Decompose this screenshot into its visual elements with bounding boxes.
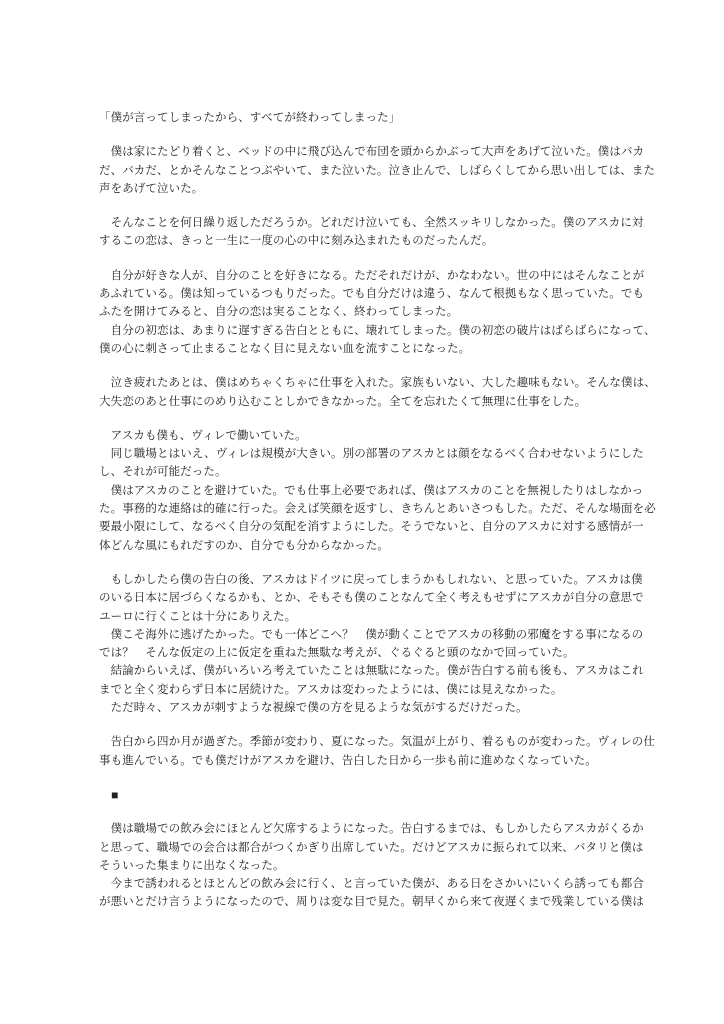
text-line: 声をあげて泣いた。 [99,180,631,198]
text-line: 僕はアスカのことを避けていた。でも仕事上必要であれば、僕はアスカのことを無視した… [99,482,631,500]
text-line: 同じ職場とはいえ、ヴィレは規模が大きい。別の部署のアスカとは顔をなるべく合わせな… [99,445,631,463]
paragraph: もしかしたら僕の告白の後、アスカはドイツに戻ってしまうかもしれない、と思っていた… [99,571,631,717]
text-line: ただ時々、アスカが刺すような視線で僕の方を見るような気がするだけだった。 [99,699,631,717]
text-line: 今まで誘われるとほとんどの飲み会に行く、と言っていた僕が、ある日をさかいにいくら… [99,875,631,893]
text-line: そんなことを何日繰り返しただろうか。どれだけ泣いても、全然スッキリしなかった。僕… [99,214,631,232]
text-line: までと全く変わらず日本に居続けた。アスカは変わったようには、僕には見えなかった。 [99,681,631,699]
paragraph: 泣き疲れたあとは、僕はめちゃくちゃに仕事を入れた。家族もいない、大した趣味もない… [99,374,631,411]
text-line: ユーロに行くことは十分にありえた。 [99,608,631,626]
text-line: 「僕が言ってしまったから、すべてが終わってしまった」 [99,109,631,127]
quote-line: 「僕が言ってしまったから、すべてが終わってしまった」 [99,109,631,127]
text-line: 泣き疲れたあとは、僕はめちゃくちゃに仕事を入れた。家族もいない、大した趣味もない… [99,374,631,392]
text-line: 結論からいえば、僕がいろいろ考えていたことは無駄になった。僕が告白する前も後も、… [99,662,631,680]
text-line: 要最小限にして、なるべく自分の気配を消すようにした。そうでないと、自分のアスカに… [99,518,631,536]
text-line: 僕の心に刺さって止まることなく目に見えない血を流すことになった。 [99,340,631,358]
document-page: 「僕が言ってしまったから、すべてが終わってしまった」 僕は家にたどり着くと、ベッ… [0,0,724,1024]
text-line: 僕は職場での飲み会にほとんど欠席するようになった。告白するまでは、もしかしたらア… [99,820,631,838]
text-line: するこの恋は、きっと一生に一度の心の中に刻み込まれたものだったんだ。 [99,232,631,250]
text-line: 僕は家にたどり着くと、ベッドの中に飛び込んで布団を頭からかぶって大声をあげて泣い… [99,143,631,161]
paragraph: アスカも僕も、ヴィレで働いていた。 同じ職場とはいえ、ヴィレは規模が大きい。別の… [99,427,631,555]
section-marker: ■ [99,786,631,804]
text-line: 体どんな風にもれだすのか、自分でも分からなかった。 [99,537,631,555]
text-line: 告白から四か月が過ぎた。季節が変わり、夏になった。気温が上がり、着るものが変わっ… [99,733,631,751]
text-line: では？ そんな仮定の上に仮定を重ねた無駄な考えが、ぐるぐると頭のなかで回っていた… [99,644,631,662]
paragraph: 告白から四か月が過ぎた。季節が変わり、夏になった。気温が上がり、着るものが変わっ… [99,733,631,770]
paragraph: 自分が好きな人が、自分のことを好きになる。ただそれだけが、かなわない。世の中には… [99,267,631,358]
text-line: のいる日本に居づらくなるかも、とか、そもそも僕のことなんて全く考えもせずにアスカ… [99,589,631,607]
text-line: 僕こそ海外に逃げたかった。でも一体どこへ？ 僕が動くことでアスカの移動の邪魔をす… [99,626,631,644]
text-line: もしかしたら僕の告白の後、アスカはドイツに戻ってしまうかもしれない、と思っていた… [99,571,631,589]
paragraph: 僕は職場での飲み会にほとんど欠席するようになった。告白するまでは、もしかしたらア… [99,820,631,911]
text-column: 「僕が言ってしまったから、すべてが終わってしまった」 僕は家にたどり着くと、ベッ… [99,109,631,912]
text-line: 自分が好きな人が、自分のことを好きになる。ただそれだけが、かなわない。世の中には… [99,267,631,285]
text-line: 事も進んでいる。でも僕だけがアスカを避け、告白した日から一歩も前に進めなくなって… [99,752,631,770]
text-line: 大失恋のあと仕事にのめり込むことしかできなかった。全てを忘れたくて無理に仕事をし… [99,393,631,411]
text-line: アスカも僕も、ヴィレで働いていた。 [99,427,631,445]
text-line: あふれている。僕は知っているつもりだった。でも自分だけは違う、なんて根拠もなく思… [99,285,631,303]
text-line: ふたを開けてみると、自分の恋は実ることなく、終わってしまった。 [99,303,631,321]
text-line: そういった集まりに出なくなった。 [99,857,631,875]
section-marker-line: ■ [99,786,631,804]
text-line: し、それが可能だった。 [99,463,631,481]
text-line: と思って、職場での会合は都合がつくかぎり出席していた。だけどアスカに振られて以来… [99,839,631,857]
text-line: た。事務的な連絡は的確に行った。会えば笑顔を返すし、きちんとあいさつもした。ただ… [99,500,631,518]
text-line: 自分の初恋は、あまりに遅すぎる告白とともに、壊れてしまった。僕の初恋の破片はばら… [99,322,631,340]
text-line: が悪いとだけ言うようになったので、周りは変な目で見た。朝早くから来て夜遅くまで残… [99,893,631,911]
paragraph: 僕は家にたどり着くと、ベッドの中に飛び込んで布団を頭からかぶって大声をあげて泣い… [99,143,631,198]
text-line: だ、バカだ、とかそんなことつぶやいて、また泣いた。泣き止んで、しばらくしてから思… [99,162,631,180]
paragraph: そんなことを何日繰り返しただろうか。どれだけ泣いても、全然スッキリしなかった。僕… [99,214,631,251]
